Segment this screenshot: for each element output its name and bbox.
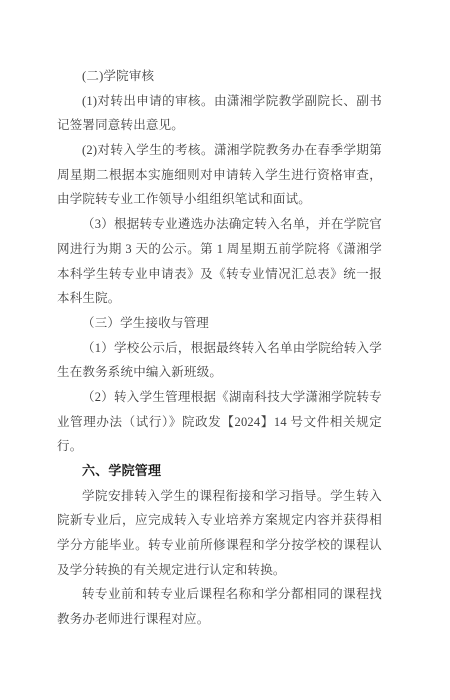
subsection-heading: （三）学生接收与管理 (57, 311, 382, 336)
document-line: 业管理办法（试行）》院政发【2024】14 号文件相关规定执 (57, 410, 382, 435)
document-line: 转专业前和转专业后课程名称和学分都相同的课程找 (57, 582, 382, 607)
document-page: (二)学院审核 (1)对转出申请的审核。由潇湘学院教学副院长、副书 记签署同意转… (0, 0, 450, 700)
subsection-heading: (二)学院审核 (57, 64, 382, 89)
document-line: （1）学校公示后，根据最终转入名单由学院给转入学 (57, 336, 382, 361)
document-line: 本科生院。 (57, 286, 382, 311)
document-line: （3）根据转专业遴选办法确定转入名单，并在学院官 (57, 212, 382, 237)
document-line: （2）转入学生管理根据《湖南科技大学潇湘学院转专 (57, 385, 382, 410)
document-line: 由学院转专业工作领导小组组织笔试和面试。 (57, 187, 382, 212)
document-line: 本科学生转专业申请表》及《转专业情况汇总表》统一报送 (57, 262, 382, 287)
document-line: 记签署同意转出意见。 (57, 113, 382, 138)
document-line: 教务办老师进行课程对应。 (57, 607, 382, 632)
document-line: (2)对转入学生的考核。潇湘学院教务办在春季学期第 1 (57, 138, 382, 163)
document-line: 网进行为期 3 天的公示。第 1 周星期五前学院将《潇湘学院 (57, 237, 382, 262)
document-line: 生在教务系统中编入新班级。 (57, 360, 382, 385)
document-line: 行。 (57, 434, 382, 459)
document-line: (1)对转出申请的审核。由潇湘学院教学副院长、副书 (57, 89, 382, 114)
section-heading: 六、学院管理 (57, 459, 382, 484)
document-body: (二)学院审核 (1)对转出申请的审核。由潇湘学院教学副院长、副书 记签署同意转… (57, 64, 382, 632)
document-line: 学院安排转入学生的课程衔接和学习指导。学生转入学 (57, 484, 382, 509)
document-line: 学分方能毕业。转专业前所修课程和学分按学校的课程认定 (57, 533, 382, 558)
document-line: 及学分转换的有关规定进行认定和转换。 (57, 558, 382, 583)
document-line: 周星期二根据本实施细则对申请转入学生进行资格审查，并 (57, 163, 382, 188)
document-line: 院新专业后，应完成转入专业培养方案规定内容并获得相应 (57, 508, 382, 533)
